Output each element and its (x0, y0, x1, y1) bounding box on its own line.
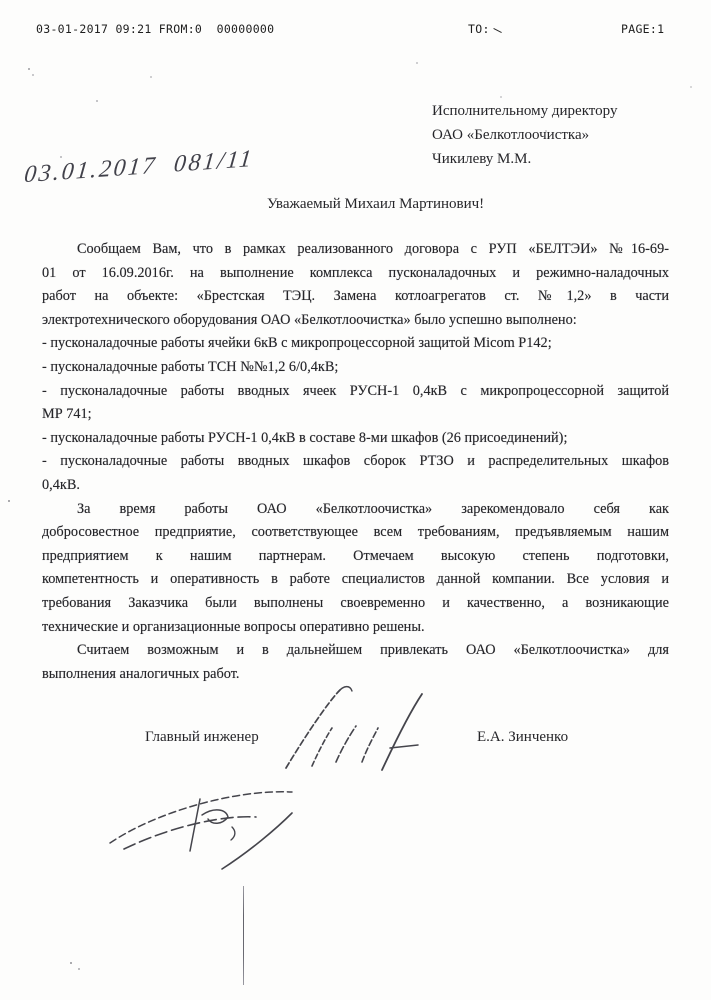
flourish-scribble (104, 779, 304, 874)
letter-body: Сообщаем Вам, что в рамках реализованног… (42, 238, 669, 686)
signer-name: Е.А. Зинченко (477, 729, 568, 746)
signer-role: Главный инженер (145, 729, 259, 746)
fax-to-label: TO: (468, 22, 490, 36)
scan-noise-specks (0, 0, 2, 2)
handwritten-registration-number: 03.01.2017 081/11 (23, 146, 255, 189)
body-line: работ на объекте: «Брестская ТЭЦ. Замена… (42, 285, 669, 309)
body-line: технические и организационные вопросы оп… (42, 616, 669, 640)
body-line: электротехнического оборудования ОАО «Бе… (42, 309, 669, 333)
recipient-block: Исполнительному директоруОАО «Белкотлооч… (432, 100, 617, 171)
fax-page-number: PAGE:1 (621, 22, 664, 36)
fax-header: 03-01-2017 09:21 FROM:0 00000000 TO: PAG… (0, 22, 711, 40)
recipient-line: ОАО «Белкотлоочистка» (432, 124, 617, 148)
body-line: Считаем возможным и в дальнейшем привлек… (42, 639, 669, 663)
body-line: добросовестное предприятие, соответствую… (42, 521, 669, 545)
body-line: - пусконаладочные работы РУСН-1 0,4кВ в … (42, 427, 669, 451)
body-line: требования Заказчика были выполнены свое… (42, 592, 669, 616)
body-line: МР 741; (42, 403, 669, 427)
body-line: 01 от 16.09.2016г. на выполнение комплек… (42, 262, 669, 286)
body-line: - пусконаладочные работы вводных ячеек Р… (42, 380, 669, 404)
body-line: 0,4кВ. (42, 474, 669, 498)
fax-datetime-from: 03-01-2017 09:21 FROM:0 00000000 (36, 22, 274, 36)
body-line: За время работы ОАО «Белкотлоочистка» за… (42, 498, 669, 522)
signature-scribble (278, 684, 430, 776)
recipient-line: Чикилеву М.М. (432, 148, 617, 172)
salutation: Уважаемый Михаил Мартинович! (267, 196, 484, 213)
fax-to-mark (493, 28, 502, 33)
scanned-fax-page: 03-01-2017 09:21 FROM:0 00000000 TO: PAG… (0, 0, 711, 1000)
body-line: - пусконаладочные работы вводных шкафов … (42, 450, 669, 474)
body-line: - пусконаладочные работы ячейки 6кВ с ми… (42, 332, 669, 356)
body-line: - пусконаладочные работы ТСН №№1,2 6/0,4… (42, 356, 669, 380)
recipient-line: Исполнительному директору (432, 100, 617, 124)
body-line: Сообщаем Вам, что в рамках реализованног… (42, 238, 669, 262)
body-line: предприятием к нашим партнерам. Отмечаем… (42, 545, 669, 569)
body-line: выполнения аналогичных работ. (42, 663, 669, 687)
vertical-scan-artifact (243, 886, 244, 985)
body-line: компетентность и оперативность в работе … (42, 568, 669, 592)
fax-header-to: TO: (468, 22, 502, 36)
